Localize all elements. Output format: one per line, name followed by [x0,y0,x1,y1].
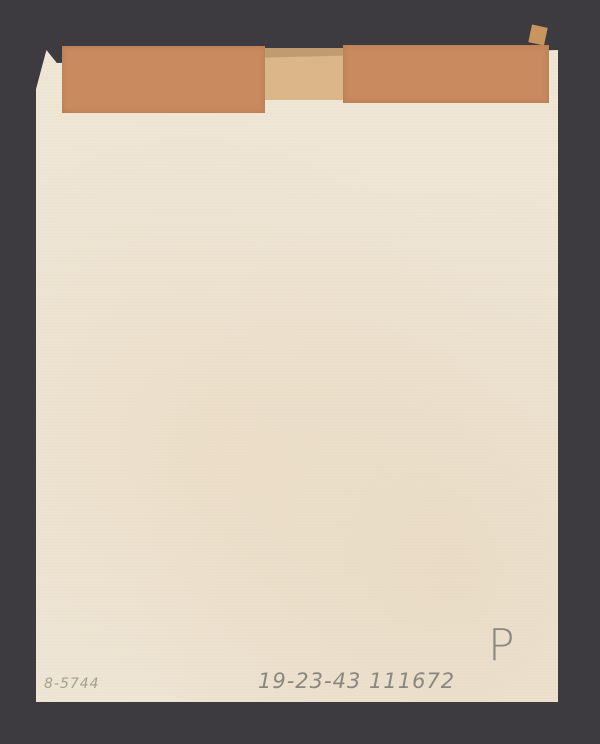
handwritten-inventory-number: 19-23-43 111672 [258,669,455,693]
tape-strip-left [62,46,265,113]
tape-residue [265,48,345,100]
paper-sheet [36,50,558,702]
handwritten-left-note: 8-5744 [44,676,100,692]
handwritten-letter-mark: P [488,620,516,671]
tape-strip-right [343,45,549,103]
corner-tape-scrap [528,25,547,46]
